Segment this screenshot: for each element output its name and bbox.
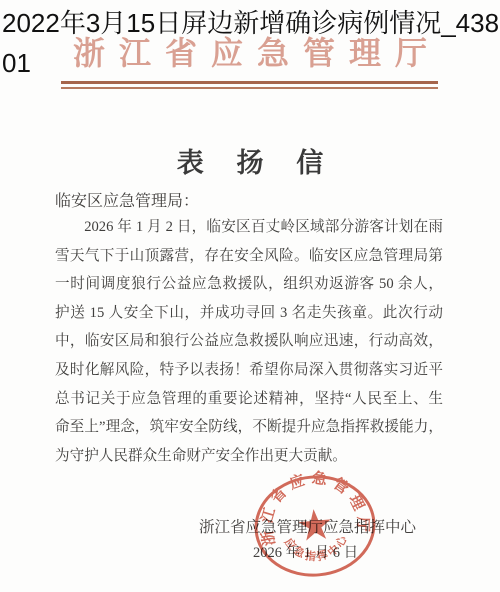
signature-org: 浙江省应急管理厅应急指挥中心 (199, 515, 416, 537)
body-line: 及时化解风险，特予以表扬！希望你局深入贯彻落实习近平 (55, 356, 443, 385)
body-line: 为守护人民群众生命财产安全作出更大贡献。 (55, 442, 443, 471)
signature-date: 2026 年 1 月 6 日 (253, 541, 358, 562)
body-line: 一时间调度狼行公益应急救援队，组织劝返游客 50 余人， (55, 270, 443, 299)
divider-line-bottom (61, 87, 438, 89)
body-line: 命至上”理念，筑牢安全防线，不断提升应急指挥救援能力， (55, 413, 443, 442)
body-line: 护送 15 人安全下山，并成功寻回 3 名走失孩童。此次行动 (55, 299, 443, 328)
letter-salutation: 临安区应急管理局： (55, 188, 199, 211)
page-title: 2022年3月15日屏边新增确诊病例情况_43801 (2, 3, 500, 83)
screenshot-root: 浙江省应急管理厅 表 扬 信 临安区应急管理局： 2026 年 1 月 2 日，… (0, 0, 500, 592)
letter-body: 2026 年 1 月 2 日，临安区百丈岭区域部分游客计划在雨 雪天气下于山顶露… (55, 213, 443, 470)
body-line: 中，临安区局和狼行公益应急救援队响应迅速，行动高效， (55, 327, 443, 356)
letter-title: 表 扬 信 (0, 141, 500, 180)
body-line: 雪天气下于山顶露营，存在安全风险。临安区应急管理局第 (55, 242, 443, 271)
body-line: 2026 年 1 月 2 日，临安区百丈岭区域部分游客计划在雨 (55, 213, 443, 242)
body-line: 总书记关于应急管理的重要论述精神，坚持“人民至上、生 (55, 385, 443, 414)
